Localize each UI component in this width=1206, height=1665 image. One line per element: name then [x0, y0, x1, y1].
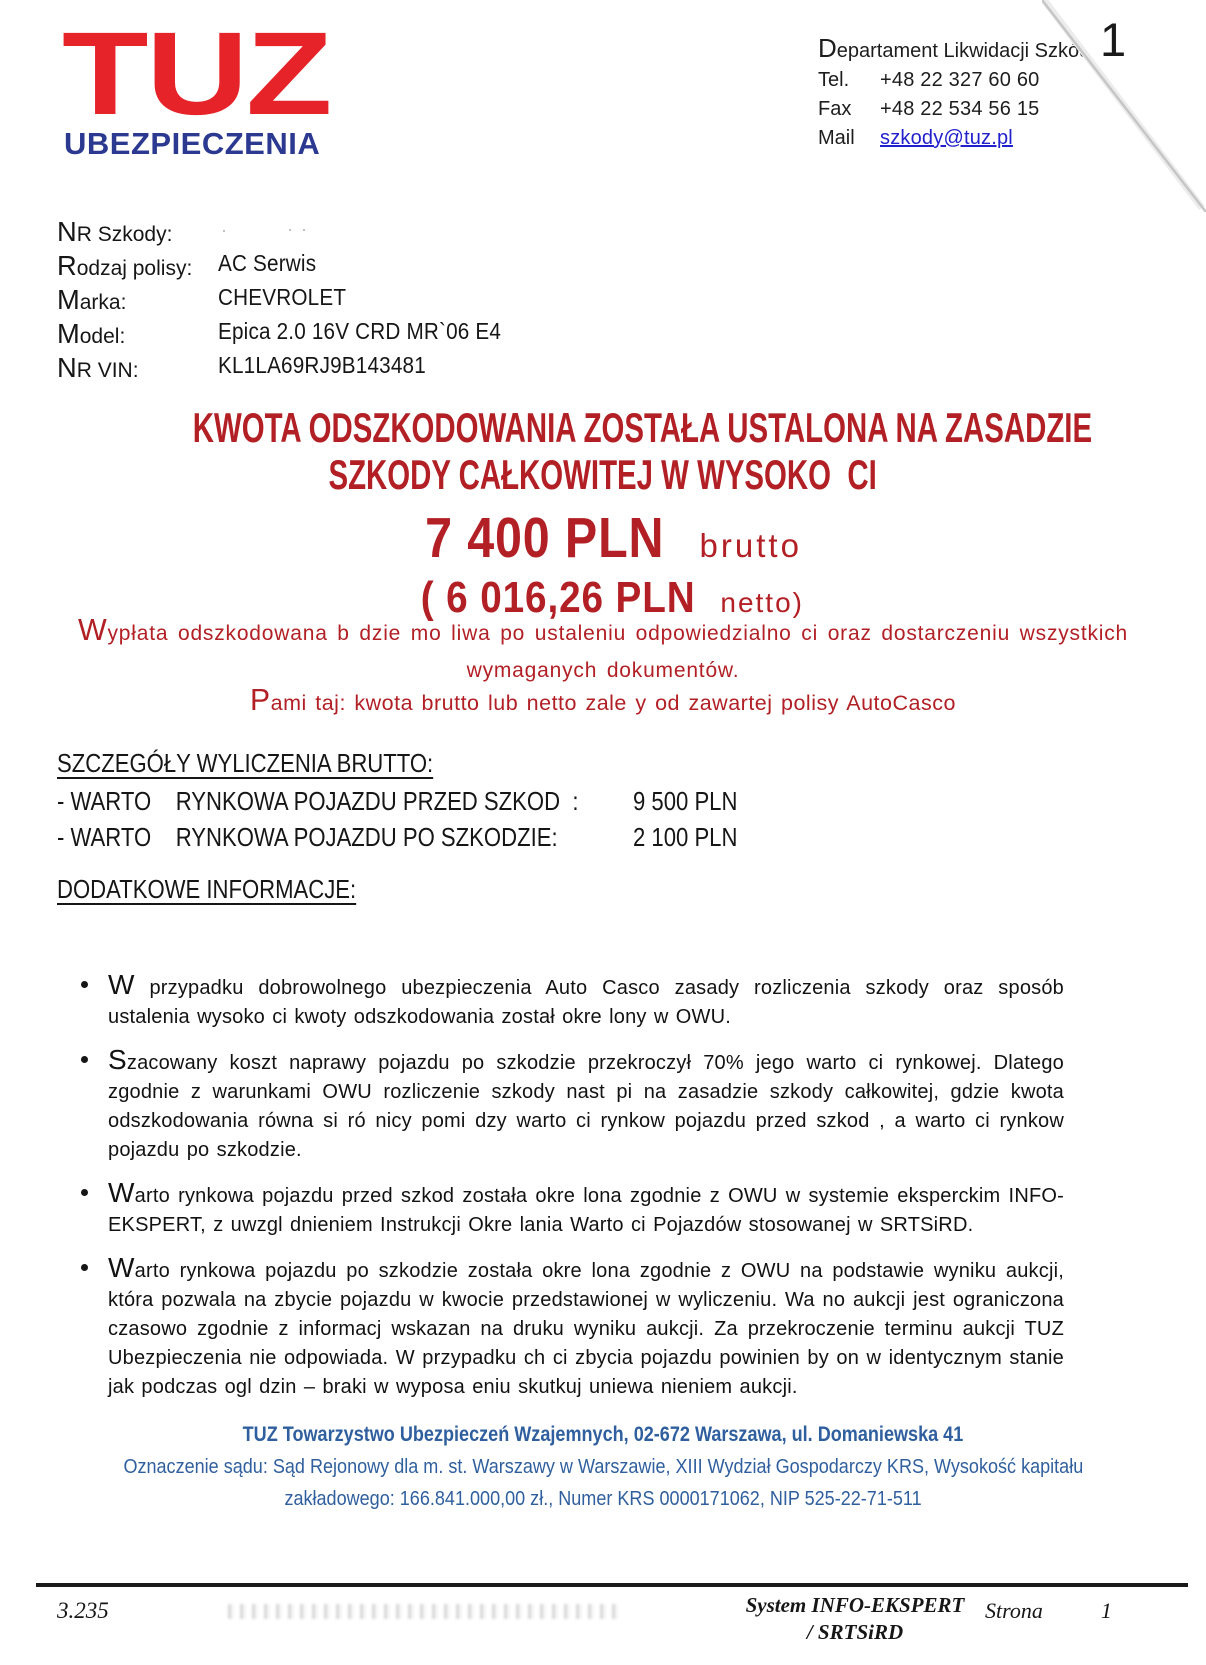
- headline-line1: KWOTA ODSZKODOWANIA ZOSTAŁA USTALONA NA …: [193, 404, 1092, 451]
- form-code: 3.235: [57, 1598, 109, 1624]
- system-line2: / SRTSiRD: [735, 1619, 975, 1646]
- detail-label: - WARTO RYNKOWA POJAZDU PRZED SZKOD :: [57, 786, 578, 817]
- field-row-vin: NR VIN: KL1LA69RJ9B143481: [57, 352, 533, 386]
- gross-suffix: brutto: [700, 527, 802, 564]
- gross-amount-row: 7 400 PLNbrutto: [0, 505, 1206, 571]
- gross-amount: 7 400 PLN: [425, 505, 664, 571]
- field-value: AC Serwis: [218, 250, 316, 284]
- footer-line1: TUZ Towarzystwo Ubezpieczeń Wzajemnych, …: [0, 1420, 1206, 1452]
- additional-info-list: W przypadku dobrowolnego ubezpieczenia A…: [78, 970, 1064, 1415]
- detail-label: - WARTO RYNKOWA POJAZDU PO SZKODZIE:: [57, 822, 558, 853]
- document-page: TUZ UBEZPIECZENIA Departament Likwidacji…: [0, 0, 1206, 1665]
- mail-label: Mail: [818, 124, 870, 153]
- list-item: Warto rynkowa pojazdu po szkodzie został…: [78, 1253, 1064, 1402]
- field-row-make: Marka: CHEVROLET: [57, 284, 533, 318]
- bottom-divider: [36, 1583, 1188, 1587]
- fax-value: +48 22 534 56 15: [880, 98, 1039, 120]
- footer-line3: zakładowego: 166.841.000,00 zł., Numer K…: [0, 1484, 1206, 1516]
- redacted-smudge: [228, 1604, 623, 1619]
- tel-label: Tel.: [818, 66, 870, 95]
- field-label: Rodzaj polisy:: [57, 250, 218, 284]
- tuz-logo: TUZ UBEZPIECZENIA: [62, 26, 285, 123]
- payout-note-line1: Wypłata odszkodowana b dzie mo liwa po u…: [0, 612, 1206, 652]
- redacted-claim-number: [218, 226, 338, 236]
- field-label: Marka:: [57, 284, 218, 318]
- field-value: CHEVROLET: [218, 284, 346, 318]
- logo-wordmark: TUZ: [62, 26, 330, 123]
- page-number-badge: 1: [1100, 12, 1126, 67]
- page-corner-fold: 1: [1042, 0, 1206, 212]
- field-value: KL1LA69RJ9B143481: [218, 352, 426, 386]
- settlement-headline: KWOTA ODSZKODOWANIA ZOSTAŁA USTALONA NA …: [0, 404, 1206, 498]
- fax-label: Fax: [818, 95, 870, 124]
- system-line1: System INFO-EKSPERT: [735, 1592, 975, 1619]
- tel-value: +48 22 327 60 60: [880, 69, 1039, 91]
- field-label: NR Szkody:: [57, 216, 218, 250]
- field-row-model: Model: Epica 2.0 16V CRD MR`06 E4: [57, 318, 533, 352]
- details-section-title: SZCZEGÓŁY WYLICZENIA BRUTTO:: [57, 748, 500, 779]
- reminder-note: Pami taj: kwota brutto lub netto zale y …: [0, 684, 1206, 718]
- page-number: 1: [1101, 1598, 1112, 1624]
- detail-value: 2 100 PLN: [633, 822, 737, 853]
- system-reference: System INFO-EKSPERT / SRTSiRD: [735, 1592, 975, 1646]
- payout-note: Wypłata odszkodowana b dzie mo liwa po u…: [0, 612, 1206, 689]
- logo-subtitle: UBEZPIECZENIA: [64, 126, 320, 162]
- field-row-claim-number: NR Szkody:: [57, 216, 533, 250]
- list-item: Warto rynkowa pojazdu przed szkod został…: [78, 1178, 1064, 1240]
- field-label: NR VIN:: [57, 352, 218, 386]
- detail-value: 9 500 PLN: [633, 786, 737, 817]
- page-reference: Strona 1: [985, 1598, 1112, 1624]
- field-row-policy-type: Rodzaj polisy: AC Serwis: [57, 250, 533, 284]
- company-footer: TUZ Towarzystwo Ubezpieczeń Wzajemnych, …: [0, 1420, 1206, 1516]
- additional-info-title: DODATKOWE INFORMACJE:: [57, 874, 409, 905]
- list-item: Szacowany koszt naprawy pojazdu po szkod…: [78, 1045, 1064, 1165]
- list-item: W przypadku dobrowolnego ubezpieczenia A…: [78, 970, 1064, 1032]
- detail-row-value-after: - WARTO RYNKOWA POJAZDU PO SZKODZIE: 2 1…: [57, 822, 646, 853]
- field-value: Epica 2.0 16V CRD MR`06 E4: [218, 318, 501, 352]
- claim-fields: NR Szkody: Rodzaj polisy: AC Serwis Mark…: [57, 216, 533, 386]
- mail-link[interactable]: szkody@tuz.pl: [880, 127, 1013, 149]
- page-label: Strona: [985, 1598, 1043, 1624]
- detail-row-value-before: - WARTO RYNKOWA POJAZDU PRZED SZKOD : 9 …: [57, 786, 670, 817]
- headline-line2: SZKODY CAŁKOWITEJ W WYSOKO CI: [329, 451, 877, 498]
- field-label: Model:: [57, 318, 218, 352]
- footer-line2: Oznaczenie sądu: Sąd Rejonowy dla m. st.…: [0, 1452, 1206, 1484]
